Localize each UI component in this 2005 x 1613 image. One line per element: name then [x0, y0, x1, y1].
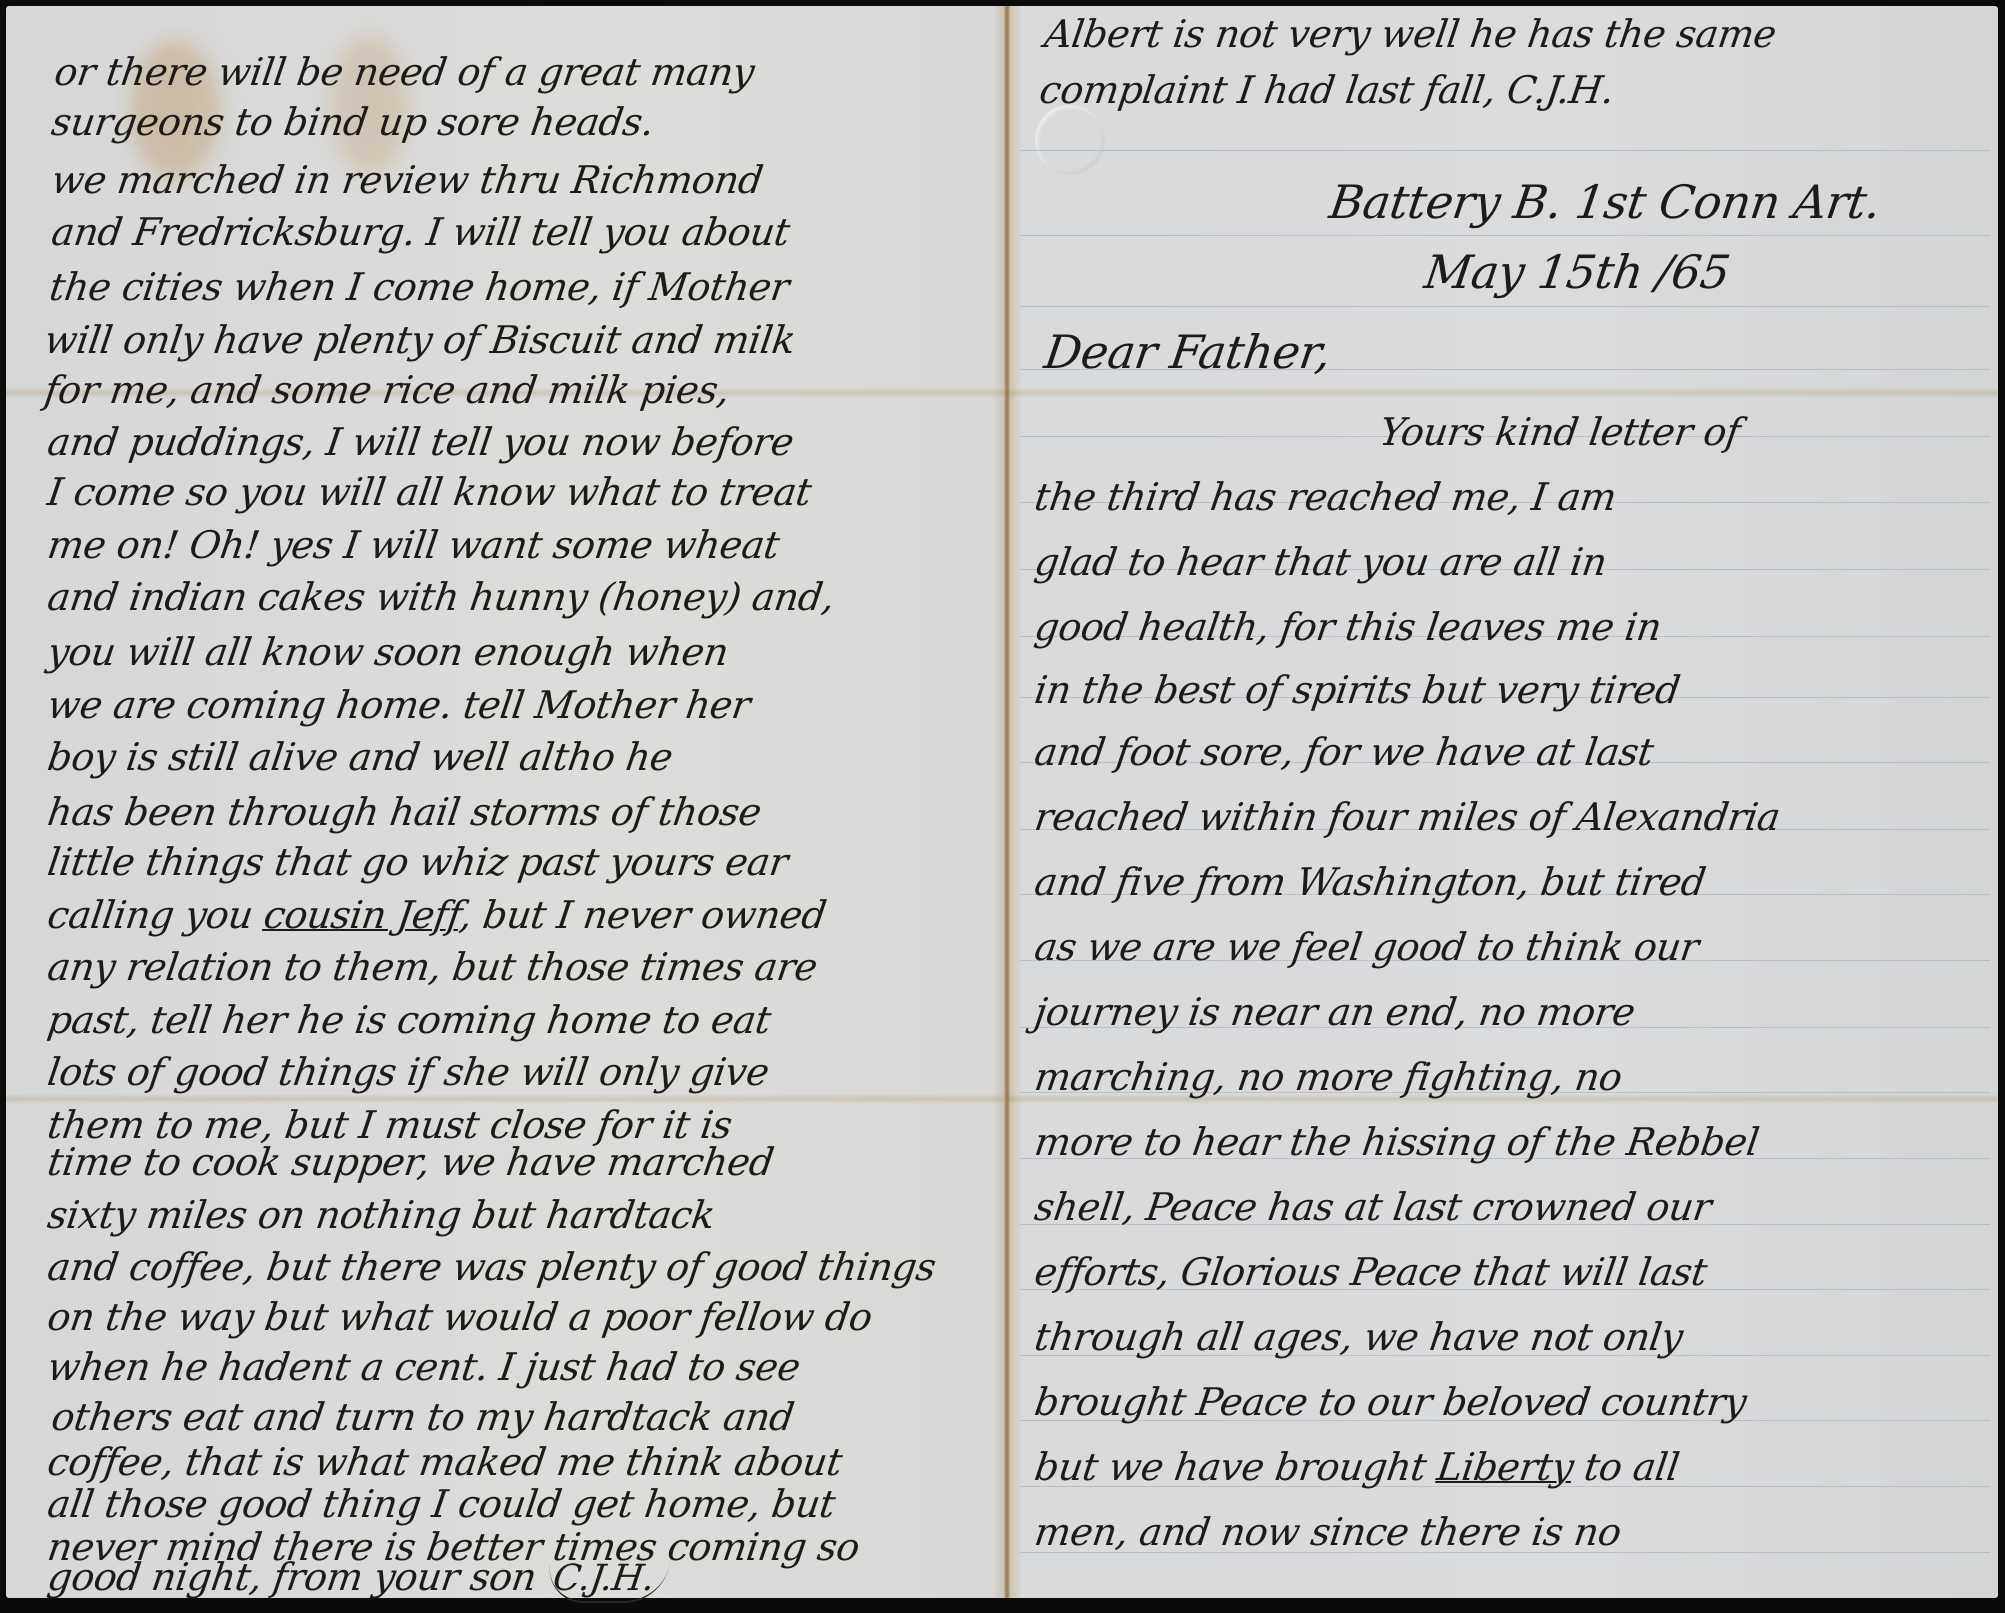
letter-line-underlined: calling you cousin Jeff, but I never own…: [45, 893, 829, 937]
letter-line: in the best of spirits but very tired: [1032, 668, 1683, 712]
letter-line: you will all know soon enough when: [45, 630, 731, 674]
letter-line: and Fredricksburg. I will tell you about: [49, 210, 792, 254]
letter-line: me on! Oh! yes I will want some wheat: [45, 523, 782, 567]
letter-line: and indian cakes with hunny (honey) and,: [45, 575, 837, 619]
text-segment: to all: [1570, 1445, 1682, 1489]
letter-line: more to hear the hissing of the Rebbel: [1032, 1120, 1762, 1164]
letter-line: good health, for this leaves me in: [1032, 605, 1664, 649]
closing-line: good night, from your son C.J.H.: [45, 1555, 671, 1599]
letter-line: when he hadent a cent. I just had to see: [45, 1345, 803, 1389]
letter-line: any relation to them, but those times ar…: [45, 945, 820, 989]
signature: C.J.H.: [544, 1558, 671, 1603]
letter-line: marching, no more fighting, no: [1032, 1055, 1625, 1099]
underlined-text: cousin Jeff: [261, 893, 463, 937]
letter-line: journey is near an end, no more: [1032, 990, 1638, 1034]
letter-line: has been through hail storms of those: [45, 790, 764, 834]
letter-line-underlined: but we have brought Liberty to all: [1032, 1445, 1682, 1489]
letter-line: reached within four miles of Alexandria: [1032, 795, 1783, 839]
letter-line: coffee, that is what maked me think abou…: [45, 1440, 845, 1484]
underlined-text: Liberty: [1434, 1445, 1576, 1489]
letter-line: through all ages, we have not only: [1032, 1315, 1685, 1359]
page-spine: [1004, 6, 1010, 1598]
letter-line: all those good thing I could get home, b…: [45, 1482, 838, 1526]
letter-line: we are coming home. tell Mother her: [45, 683, 753, 727]
text-segment: but we have brought: [1032, 1445, 1441, 1489]
heading-date: May 15th /65: [1421, 245, 1733, 299]
letter-line: will only have plenty of Biscuit and mil…: [42, 318, 798, 362]
letter-line: sixty miles on nothing but hardtack: [45, 1193, 718, 1237]
letter-line: little things that go whiz past yours ea…: [45, 840, 791, 884]
postscript-line: complaint I had last fall, C.J.H.: [1037, 68, 1617, 112]
letter-line: for me, and some rice and milk pies,: [42, 368, 732, 412]
letter-line: and coffee, but there was plenty of good…: [45, 1245, 938, 1289]
letter-line: and puddings, I will tell you now before: [45, 420, 796, 464]
letter-line: we marched in review thru Richmond: [49, 158, 766, 202]
letter-line: boy is still alive and well altho he: [45, 735, 675, 779]
letter-line: the cities when I come home, if Mother: [47, 265, 792, 309]
letter-line: and foot sore, for we have at last: [1032, 730, 1656, 774]
letter-line: time to cook supper, we have marched: [45, 1140, 777, 1184]
letter-line: I come so you will all know what to trea…: [45, 470, 814, 514]
letter-line: lots of good things if she will only giv…: [45, 1050, 772, 1094]
embossed-seal: [1035, 105, 1105, 175]
postscript-initials: C.J.H.: [1504, 68, 1617, 112]
letter-line: surgeons to bind up sore heads.: [49, 100, 657, 144]
closing-text: good night, from your son: [45, 1555, 539, 1599]
letter-line: or there will be need of a great many: [52, 50, 757, 94]
letter-line: Yours kind letter of: [1377, 410, 1743, 454]
text-segment: , but I never owned: [457, 893, 829, 937]
letter-line: as we are we feel good to think our: [1032, 925, 1701, 969]
letter-line: others eat and turn to my hardtack and: [49, 1395, 797, 1439]
letter-line: and five from Washington, but tired: [1032, 860, 1708, 904]
letter-line: glad to hear that you are all in: [1032, 540, 1610, 584]
postscript-text: complaint I had last fall,: [1037, 68, 1499, 112]
letter-line: men, and now since there is no: [1032, 1510, 1624, 1554]
letter-line: brought Peace to our beloved country: [1032, 1380, 1749, 1424]
heading-place: Battery B. 1st Conn Art.: [1326, 175, 1884, 229]
postscript-line: Albert is not very well he has the same: [1042, 12, 1779, 56]
salutation: Dear Father,: [1041, 325, 1334, 379]
text-segment: calling you: [45, 893, 267, 937]
letter-line: shell, Peace has at last crowned our: [1032, 1185, 1714, 1229]
letter-line: efforts, Glorious Peace that will last: [1032, 1250, 1710, 1294]
letter-line: on the way but what would a poor fellow …: [45, 1295, 875, 1339]
letter-line: past, tell her he is coming home to eat: [45, 998, 774, 1042]
letter-line: the third has reached me, I am: [1032, 475, 1619, 519]
